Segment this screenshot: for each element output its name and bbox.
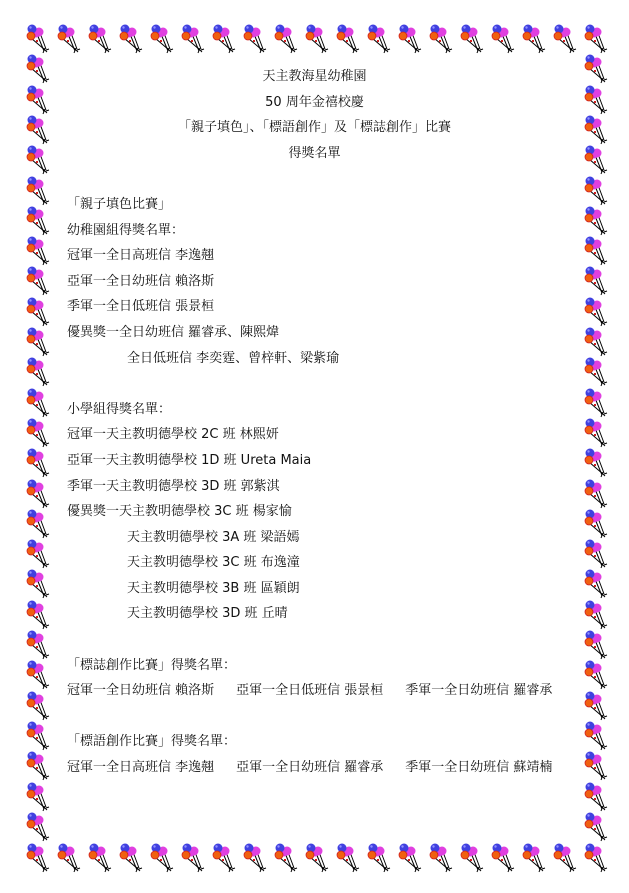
spacer	[67, 704, 562, 730]
balloon-bunch-icon	[428, 24, 454, 54]
balloon-bunch-icon	[304, 24, 330, 54]
logo-winner: 季軍一全日幼班信 羅睿承	[405, 683, 552, 698]
balloon-bunch-icon	[552, 24, 578, 54]
balloon-bunch-icon	[25, 145, 51, 175]
balloon-bunch-icon	[149, 24, 175, 54]
balloon-bunch-icon	[25, 85, 51, 115]
balloon-bunch-icon	[583, 812, 609, 842]
balloon-bunch-icon	[56, 843, 82, 873]
balloon-bunch-icon	[242, 24, 268, 54]
balloon-bunch-icon	[25, 569, 51, 599]
winners-list-title: 得獎名單	[67, 141, 562, 167]
balloon-bunch-icon	[25, 660, 51, 690]
balloon-bunch-icon	[149, 843, 175, 873]
balloon-bunch-icon	[25, 691, 51, 721]
balloon-bunch-icon	[583, 630, 609, 660]
primary-winner: 季軍一天主教明德學校 3D 班 郭紫淇	[67, 474, 562, 500]
balloon-bunch-icon	[25, 509, 51, 539]
balloon-bunch-icon	[583, 176, 609, 206]
balloon-bunch-icon	[25, 24, 51, 54]
balloon-bunch-icon	[335, 24, 361, 54]
primary-winner: 天主教明德學校 3C 班 布逸潼	[67, 550, 562, 576]
balloon-bunch-icon	[583, 721, 609, 751]
balloon-bunch-icon	[583, 843, 609, 873]
balloon-bunch-icon	[25, 206, 51, 236]
balloon-bunch-icon	[25, 751, 51, 781]
slogan-winner: 亞軍一全日幼班信 羅睿承	[236, 760, 383, 775]
balloon-bunch-icon	[521, 843, 547, 873]
balloon-bunch-icon	[583, 448, 609, 478]
coloring-contest-title: 「親子填色比賽」	[67, 192, 562, 218]
slogan-contest-winners: 冠軍一全日高班信 李逸翹亞軍一全日幼班信 羅睿承季軍一全日幼班信 蘇靖楠	[67, 755, 562, 781]
balloon-bunch-icon	[25, 357, 51, 387]
balloon-bunch-icon	[304, 843, 330, 873]
balloon-bunch-icon	[25, 176, 51, 206]
balloon-bunch-icon	[583, 479, 609, 509]
document-body: 天主教海星幼稚園 50 周年金禧校慶 「親子填色」、「標語創作」及「標誌創作」比…	[67, 64, 562, 781]
balloon-bunch-icon	[490, 843, 516, 873]
primary-winner: 天主教明德學校 3A 班 梁語嫣	[67, 525, 562, 551]
balloon-bunch-icon	[366, 24, 392, 54]
kg-winner: 亞軍一全日幼班信 賴洛斯	[67, 269, 562, 295]
balloon-bunch-icon	[25, 418, 51, 448]
balloon-bunch-icon	[583, 782, 609, 812]
slogan-contest-heading: 「標語創作比賽」得獎名單：	[67, 729, 562, 755]
balloon-bunch-icon	[118, 24, 144, 54]
balloon-bunch-icon	[397, 843, 423, 873]
balloon-bunch-icon	[428, 843, 454, 873]
balloon-bunch-icon	[25, 327, 51, 357]
primary-winner: 天主教明德學校 3B 班 區穎朗	[67, 576, 562, 602]
balloon-bunch-icon	[25, 721, 51, 751]
balloon-bunch-icon	[25, 388, 51, 418]
balloon-bunch-icon	[180, 24, 206, 54]
balloon-bunch-icon	[273, 843, 299, 873]
balloon-bunch-icon	[521, 24, 547, 54]
spacer	[67, 627, 562, 653]
balloon-bunch-icon	[25, 630, 51, 660]
contest-names: 「親子填色」、「標語創作」及「標誌創作」比賽	[67, 115, 562, 141]
balloon-bunch-icon	[583, 327, 609, 357]
balloon-bunch-icon	[366, 843, 392, 873]
balloon-bunch-icon	[242, 843, 268, 873]
balloon-bunch-icon	[273, 24, 299, 54]
balloon-bunch-icon	[583, 24, 609, 54]
balloon-bunch-icon	[583, 691, 609, 721]
balloon-bunch-icon	[25, 600, 51, 630]
balloon-bunch-icon	[211, 24, 237, 54]
balloon-bunch-icon	[56, 24, 82, 54]
spacer	[67, 371, 562, 397]
balloon-bunch-icon	[583, 236, 609, 266]
spacer	[67, 166, 562, 192]
kg-winner: 季軍一全日低班信 張景桓	[67, 294, 562, 320]
balloon-bunch-icon	[583, 600, 609, 630]
balloon-bunch-icon	[490, 24, 516, 54]
balloon-bunch-icon	[583, 539, 609, 569]
balloon-bunch-icon	[211, 843, 237, 873]
balloon-bunch-icon	[583, 569, 609, 599]
slogan-winner: 冠軍一全日高班信 李逸翹	[67, 760, 214, 775]
balloon-bunch-icon	[25, 843, 51, 873]
balloon-bunch-icon	[583, 357, 609, 387]
logo-contest-winners: 冠軍一全日幼班信 賴洛斯亞軍一全日低班信 張景桓季軍一全日幼班信 羅睿承	[67, 678, 562, 704]
kg-winner: 冠軍一全日高班信 李逸翹	[67, 243, 562, 269]
balloon-bunch-icon	[583, 145, 609, 175]
logo-contest-heading: 「標誌創作比賽」得獎名單：	[67, 653, 562, 679]
balloon-bunch-icon	[583, 751, 609, 781]
school-name: 天主教海星幼稚園	[67, 64, 562, 90]
logo-winner: 亞軍一全日低班信 張景桓	[236, 683, 383, 698]
balloon-bunch-icon	[583, 85, 609, 115]
balloon-bunch-icon	[459, 24, 485, 54]
balloon-bunch-icon	[459, 843, 485, 873]
balloon-bunch-icon	[25, 812, 51, 842]
balloon-bunch-icon	[25, 54, 51, 84]
balloon-bunch-icon	[583, 660, 609, 690]
balloon-bunch-icon	[25, 448, 51, 478]
logo-winner: 冠軍一全日幼班信 賴洛斯	[67, 683, 214, 698]
balloon-bunch-icon	[180, 843, 206, 873]
kg-winner: 全日低班信 李奕霆、曾梓軒、梁紫瑜	[67, 346, 562, 372]
balloon-bunch-icon	[583, 509, 609, 539]
balloon-bunch-icon	[583, 54, 609, 84]
balloon-bunch-icon	[583, 418, 609, 448]
anniversary-title: 50 周年金禧校慶	[67, 90, 562, 116]
primary-winner: 優異獎一天主教明德學校 3C 班 楊家愉	[67, 499, 562, 525]
kindergarten-heading: 幼稚園組得獎名單：	[67, 218, 562, 244]
primary-winner: 天主教明德學校 3D 班 丘晴	[67, 601, 562, 627]
balloon-bunch-icon	[583, 297, 609, 327]
balloon-bunch-icon	[583, 206, 609, 236]
balloon-bunch-icon	[25, 236, 51, 266]
balloon-bunch-icon	[25, 297, 51, 327]
primary-winner: 冠軍一天主教明德學校 2C 班 林熙妍	[67, 422, 562, 448]
kg-winner: 優異獎一全日幼班信 羅睿承、陳熙煒	[67, 320, 562, 346]
balloon-bunch-icon	[335, 843, 361, 873]
balloon-bunch-icon	[87, 843, 113, 873]
balloon-bunch-icon	[118, 843, 144, 873]
balloon-bunch-icon	[25, 479, 51, 509]
balloon-bunch-icon	[25, 266, 51, 296]
primary-heading: 小學組得獎名單：	[67, 397, 562, 423]
balloon-bunch-icon	[583, 388, 609, 418]
balloon-bunch-icon	[583, 115, 609, 145]
balloon-bunch-icon	[25, 782, 51, 812]
slogan-winner: 季軍一全日幼班信 蘇靖楠	[405, 760, 552, 775]
balloon-bunch-icon	[552, 843, 578, 873]
balloon-bunch-icon	[87, 24, 113, 54]
balloon-bunch-icon	[583, 266, 609, 296]
primary-winner: 亞軍一天主教明德學校 1D 班 Ureta Maia	[67, 448, 562, 474]
balloon-bunch-icon	[25, 115, 51, 145]
balloon-bunch-icon	[25, 539, 51, 569]
balloon-bunch-icon	[397, 24, 423, 54]
